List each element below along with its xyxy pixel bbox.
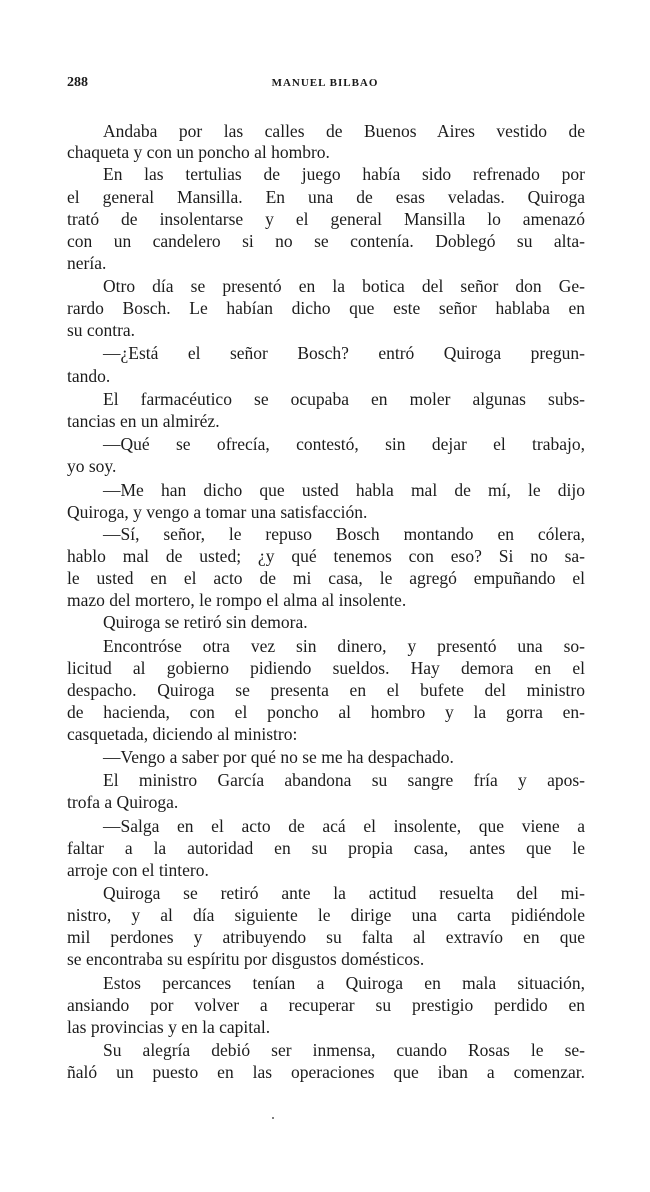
text-line: Quiroga se retiró ante la actitud resuel… (67, 882, 585, 904)
text-line: con un candelero si no se contenía. Dobl… (67, 230, 585, 252)
text-line: chaqueta y con un poncho al hombro. (67, 141, 585, 163)
text-line: Estos percances tenían a Quiroga en mala… (67, 972, 585, 994)
text-line: mil perdones y atribuyendo su falta al e… (67, 926, 585, 948)
text-line: —Qué se ofrecía, contestó, sin dejar el … (67, 433, 585, 455)
text-line: yo soy. (67, 455, 585, 477)
text-line: nería. (67, 252, 585, 274)
text-line: —Vengo a saber por qué no se me ha despa… (67, 746, 585, 768)
book-page: 288 MANUEL BILBAO Andaba por las calles … (0, 0, 650, 1192)
text-line: El ministro García abandona su sangre fr… (67, 769, 585, 791)
text-line: de hacienda, con el poncho al hombro y l… (67, 701, 585, 723)
text-line: —¿Está el señor Bosch? entró Quiroga pre… (67, 342, 585, 364)
text-line: tando. (67, 365, 585, 387)
text-line: las provincias y en la capital. (67, 1016, 585, 1038)
text-line: Quiroga se retiró sin demora. (67, 611, 585, 633)
text-line: licitud al gobierno pidiendo sueldos. Ha… (67, 657, 585, 679)
text-line: Andaba por las calles de Buenos Aires ve… (67, 120, 585, 142)
text-line: ansiando por volver a recuperar su prest… (67, 994, 585, 1016)
text-line: nistro, y al día siguiente le dirige una… (67, 904, 585, 926)
text-line: trató de insolentarse y el general Mansi… (67, 208, 585, 230)
text-line: despacho. Quiroga se presenta en el bufe… (67, 679, 585, 701)
text-line: rardo Bosch. Le habían dicho que este se… (67, 297, 585, 319)
print-speck (272, 1117, 274, 1119)
text-line: —Sí, señor, le repuso Bosch montando en … (67, 523, 585, 545)
text-line: Su alegría debió ser inmensa, cuando Ros… (67, 1039, 585, 1061)
text-line: En las tertulias de juego había sido ref… (67, 163, 585, 185)
running-title: MANUEL BILBAO (67, 77, 583, 89)
text-line: trofa a Quiroga. (67, 791, 585, 813)
text-line: tancias en un almiréz. (67, 410, 585, 432)
text-line: ñaló un puesto en las operaciones que ib… (67, 1061, 585, 1083)
text-line: hablo mal de usted; ¿y qué tenemos con e… (67, 545, 585, 567)
text-line: Quiroga, y vengo a tomar una satisfacció… (67, 501, 585, 523)
text-line: casquetada, diciendo al ministro: (67, 723, 585, 745)
text-line: —Me han dicho que usted habla mal de mí,… (67, 479, 585, 501)
running-head: 288 MANUEL BILBAO (67, 75, 583, 95)
text-line: se encontraba su espíritu por disgustos … (67, 948, 585, 970)
text-line: el general Mansilla. En una de esas vela… (67, 186, 585, 208)
text-line: le usted en el acto de mi casa, le agreg… (67, 567, 585, 589)
text-line: El farmacéutico se ocupaba en moler algu… (67, 388, 585, 410)
text-line: Encontróse otra vez sin dinero, y presen… (67, 635, 585, 657)
text-line: faltar a la autoridad en su propia casa,… (67, 837, 585, 859)
text-line: su contra. (67, 319, 585, 341)
text-line: arroje con el tintero. (67, 859, 585, 881)
text-line: mazo del mortero, le rompo el alma al in… (67, 589, 585, 611)
text-line: —Salga en el acto de acá el insolente, q… (67, 815, 585, 837)
text-line: Otro día se presentó en la botica del se… (67, 275, 585, 297)
